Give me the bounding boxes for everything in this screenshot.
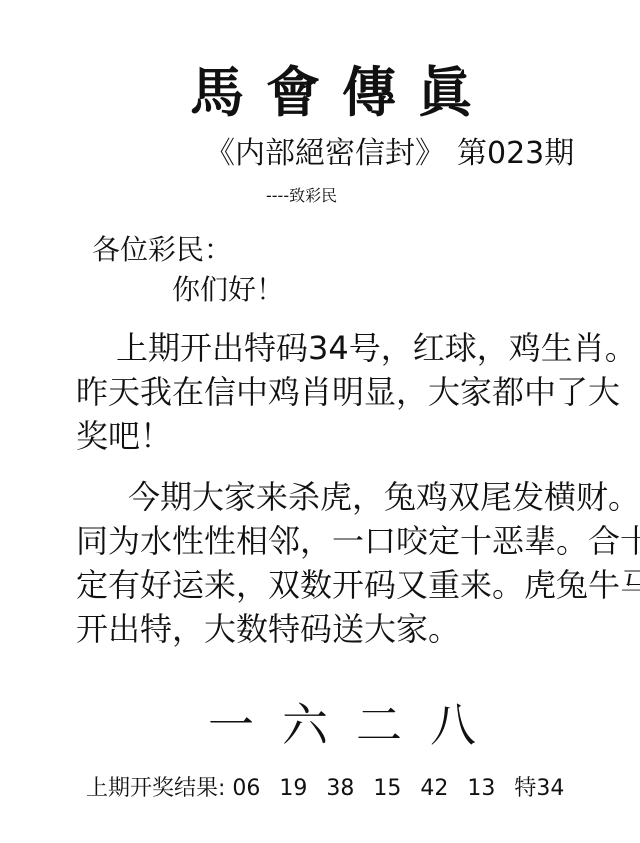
greeting: 你们好！ [172, 272, 284, 308]
result-number: 42 [420, 776, 448, 801]
result-number: 13 [467, 776, 495, 801]
paragraph-1: 上期开出特码34号，红球，鸡生肖。 昨天我在信中鸡肖明显，大家都中了大 奖吧！ [76, 326, 616, 458]
issue-number: 第023期 [457, 136, 574, 171]
special-number: 特34 [514, 776, 564, 801]
paragraph-line: 开出特，大数特码送大家。 [76, 607, 616, 651]
paragraph-2: 今期大家来杀虎，兔鸡双尾发横财。 同为水性性相邻，一口咬定十恶辈。合十 定有好运… [76, 475, 616, 651]
paragraph-line: 奖吧！ [76, 414, 616, 458]
results-label: 上期开奖结果: [86, 776, 225, 801]
paragraph-line: 同为水性性相邻，一口咬定十恶辈。合十 [76, 519, 616, 563]
highlight-numbers: 一六二八 [208, 697, 504, 753]
paragraph-line: 昨天我在信中鸡肖明显，大家都中了大 [76, 370, 616, 414]
result-number: 15 [373, 776, 401, 801]
subtitle: 《内部絕密信封》 [205, 136, 445, 171]
paragraph-line: 上期开出特码34号，红球，鸡生肖。 [76, 326, 616, 370]
paragraph-line: 定有好运来，双数开码又重来。虎兔牛马 [76, 563, 616, 607]
paragraph-line: 今期大家来杀虎，兔鸡双尾发横财。 [76, 475, 616, 519]
result-number: 06 [232, 776, 260, 801]
last-results: 上期开奖结果: 06 19 38 15 42 13 特34 [86, 773, 564, 805]
result-number: 19 [279, 776, 307, 801]
document-title: 馬會傳眞 [190, 62, 494, 122]
subtitle-row: 《内部絕密信封》第023期 [205, 134, 574, 174]
salutation: 各位彩民： [92, 232, 232, 268]
result-number: 38 [326, 776, 354, 801]
byline: ----致彩民 [266, 186, 337, 206]
